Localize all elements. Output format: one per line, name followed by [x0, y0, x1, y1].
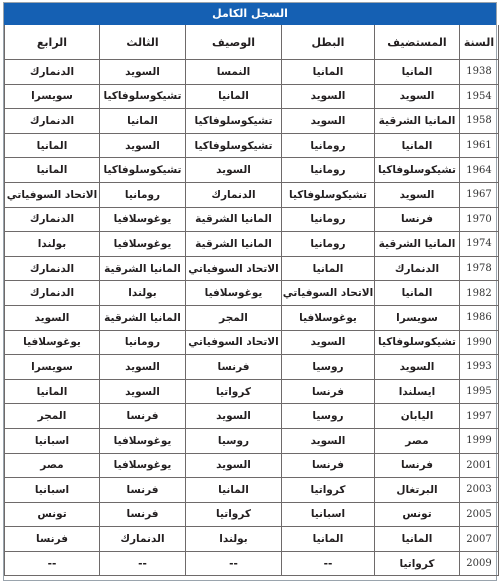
table-row: 1961المانيارومانياتشيكوسلوفاكياالسويدالم… — [5, 133, 499, 158]
runner-up-cell: المانيا الشرقية — [186, 207, 282, 232]
year-cell: 1954 — [460, 84, 499, 109]
host-cell: مصر — [375, 428, 460, 453]
host-cell: تونس — [375, 502, 460, 527]
third-cell: رومانيا — [100, 182, 186, 207]
table-body: 1938المانياالمانياالنمساالسويدالدنمارك19… — [5, 60, 499, 576]
fourth-cell: فرنسا — [5, 527, 100, 552]
fourth-cell: الدنمارك — [5, 109, 100, 134]
runner-up-cell: -- — [186, 551, 282, 576]
champion-cell: -- — [282, 551, 375, 576]
champion-cell: يوغوسلافيا — [282, 305, 375, 330]
host-cell: البرتغال — [375, 478, 460, 503]
year-cell: 1986 — [460, 305, 499, 330]
column-header-year: السنة — [460, 25, 499, 60]
year-cell: 2007 — [460, 527, 499, 552]
runner-up-cell: النمسا — [186, 60, 282, 85]
runner-up-cell: المانيا — [186, 84, 282, 109]
fourth-cell: المانيا — [5, 133, 100, 158]
fourth-cell: المانيا — [5, 158, 100, 183]
year-cell: 1967 — [460, 182, 499, 207]
year-cell: 1995 — [460, 379, 499, 404]
runner-up-cell: السويد — [186, 158, 282, 183]
champion-cell: رومانيا — [282, 207, 375, 232]
table-row: 1964تشيكوسلوفاكيارومانياالسويدتشيكوسلوفا… — [5, 158, 499, 183]
table-row: 1938المانياالمانياالنمساالسويدالدنمارك — [5, 60, 499, 85]
year-cell: 1999 — [460, 428, 499, 453]
fourth-cell: اسبانيا — [5, 428, 100, 453]
champion-cell: رومانيا — [282, 232, 375, 257]
year-cell: 1964 — [460, 158, 499, 183]
third-cell: يوغوسلافيا — [100, 428, 186, 453]
third-cell: المانيا الشرقية — [100, 305, 186, 330]
runner-up-cell: الدنمارك — [186, 182, 282, 207]
third-cell: يوغوسلافيا — [100, 232, 186, 257]
third-cell: فرنسا — [100, 502, 186, 527]
runner-up-cell: المانيا الشرقية — [186, 232, 282, 257]
records-table: السنة المستضيف البطل الوصيف الثالث الراب… — [4, 25, 499, 576]
runner-up-cell: كرواتيا — [186, 502, 282, 527]
champion-cell: المانيا — [282, 256, 375, 281]
records-table-panel: السجل الكامل السنة المستضيف البطل الوصيف… — [3, 2, 497, 581]
column-header-third: الثالث — [100, 25, 186, 60]
champion-cell: السويد — [282, 428, 375, 453]
third-cell: رومانيا — [100, 330, 186, 355]
third-cell: تشيكوسلوفاكيا — [100, 84, 186, 109]
third-cell: يوغوسلافيا — [100, 453, 186, 478]
fourth-cell: -- — [5, 551, 100, 576]
champion-cell: المانيا — [282, 527, 375, 552]
column-header-champion: البطل — [282, 25, 375, 60]
host-cell: السويد — [375, 355, 460, 380]
host-cell: المانيا — [375, 281, 460, 306]
year-cell: 2001 — [460, 453, 499, 478]
fourth-cell: الدنمارك — [5, 256, 100, 281]
table-row: 1999مصرالسويدروسيايوغوسلافيااسبانيا — [5, 428, 499, 453]
runner-up-cell: تشيكوسلوفاكيا — [186, 133, 282, 158]
runner-up-cell: السويد — [186, 453, 282, 478]
table-row: 1982المانياالاتحاد السوفياتييوغوسلافيابو… — [5, 281, 499, 306]
table-row: 1978الدنماركالمانياالاتحاد السوفياتيالما… — [5, 256, 499, 281]
champion-cell: السويد — [282, 109, 375, 134]
year-cell: 2009 — [460, 551, 499, 576]
fourth-cell: المجر — [5, 404, 100, 429]
table-row: 2009كرواتيا-------- — [5, 551, 499, 576]
fourth-cell: يوغوسلافيا — [5, 330, 100, 355]
champion-cell: اسبانيا — [282, 502, 375, 527]
fourth-cell: تونس — [5, 502, 100, 527]
champion-cell: رومانيا — [282, 133, 375, 158]
champion-cell: السويد — [282, 84, 375, 109]
fourth-cell: سويسرا — [5, 355, 100, 380]
runner-up-cell: المانيا — [186, 478, 282, 503]
host-cell: السويد — [375, 182, 460, 207]
champion-cell: روسيا — [282, 355, 375, 380]
host-cell: تشيكوسلوفاكيا — [375, 330, 460, 355]
champion-cell: رومانيا — [282, 158, 375, 183]
host-cell: المانيا — [375, 527, 460, 552]
runner-up-cell: روسيا — [186, 428, 282, 453]
table-row: 1986سويسرايوغوسلافياالمجرالمانيا الشرقية… — [5, 305, 499, 330]
year-cell: 1958 — [460, 109, 499, 134]
third-cell: تشيكوسلوفاكيا — [100, 158, 186, 183]
runner-up-cell: السويد — [186, 404, 282, 429]
host-cell: كرواتيا — [375, 551, 460, 576]
third-cell: -- — [100, 551, 186, 576]
champion-cell: كرواتيا — [282, 478, 375, 503]
year-cell: 1938 — [460, 60, 499, 85]
table-row: 1993السويدروسيافرنساالسويدسويسرا — [5, 355, 499, 380]
third-cell: السويد — [100, 355, 186, 380]
column-header-runner-up: الوصيف — [186, 25, 282, 60]
fourth-cell: السويد — [5, 305, 100, 330]
table-row: 2003البرتغالكرواتياالمانيافرنسااسبانيا — [5, 478, 499, 503]
table-row: 1974المانيا الشرقيةرومانياالمانيا الشرقي… — [5, 232, 499, 257]
runner-up-cell: كرواتيا — [186, 379, 282, 404]
fourth-cell: الدنمارك — [5, 281, 100, 306]
table-row: 1990تشيكوسلوفاكياالسويدالاتحاد السوفياتي… — [5, 330, 499, 355]
header-row: السنة المستضيف البطل الوصيف الثالث الراب… — [5, 25, 499, 60]
table-row: 2005تونساسبانياكرواتيافرنساتونس — [5, 502, 499, 527]
table-title: السجل الكامل — [4, 3, 496, 25]
host-cell: تشيكوسلوفاكيا — [375, 158, 460, 183]
table-row: 1997اليابانروسياالسويدفرنساالمجر — [5, 404, 499, 429]
year-cell: 1961 — [460, 133, 499, 158]
third-cell: المانيا الشرقية — [100, 256, 186, 281]
runner-up-cell: الاتحاد السوفياتي — [186, 330, 282, 355]
table-row: 1958المانيا الشرقيةالسويدتشيكوسلوفاكياال… — [5, 109, 499, 134]
third-cell: بولندا — [100, 281, 186, 306]
year-cell: 1990 — [460, 330, 499, 355]
host-cell: الدنمارك — [375, 256, 460, 281]
runner-up-cell: بولندا — [186, 527, 282, 552]
year-cell: 1978 — [460, 256, 499, 281]
host-cell: سويسرا — [375, 305, 460, 330]
fourth-cell: بولندا — [5, 232, 100, 257]
table-row: 2001فرنسافرنساالسويديوغوسلافيامصر — [5, 453, 499, 478]
third-cell: فرنسا — [100, 404, 186, 429]
table-row: 1967السويدتشيكوسلوفاكياالدنماركرومانياال… — [5, 182, 499, 207]
year-cell: 2005 — [460, 502, 499, 527]
champion-cell: فرنسا — [282, 379, 375, 404]
table-row: 2007المانياالمانيابولنداالدنماركفرنسا — [5, 527, 499, 552]
runner-up-cell: تشيكوسلوفاكيا — [186, 109, 282, 134]
year-cell: 1993 — [460, 355, 499, 380]
table-row: 1995ايسلندافرنساكرواتياالسويدالمانيا — [5, 379, 499, 404]
column-header-fourth: الرابع — [5, 25, 100, 60]
year-cell: 1997 — [460, 404, 499, 429]
champion-cell: السويد — [282, 330, 375, 355]
year-cell: 2003 — [460, 478, 499, 503]
champion-cell: المانيا — [282, 60, 375, 85]
third-cell: السويد — [100, 133, 186, 158]
column-header-host: المستضيف — [375, 25, 460, 60]
third-cell: المانيا — [100, 109, 186, 134]
fourth-cell: مصر — [5, 453, 100, 478]
host-cell: المانيا — [375, 133, 460, 158]
fourth-cell: الاتحاد السوفياتي — [5, 182, 100, 207]
fourth-cell: الدنمارك — [5, 207, 100, 232]
table-row: 1954السويدالسويدالمانياتشيكوسلوفاكياسويس… — [5, 84, 499, 109]
host-cell: المانيا الشرقية — [375, 232, 460, 257]
host-cell: اليابان — [375, 404, 460, 429]
champion-cell: فرنسا — [282, 453, 375, 478]
host-cell: السويد — [375, 84, 460, 109]
fourth-cell: الدنمارك — [5, 60, 100, 85]
third-cell: السويد — [100, 60, 186, 85]
third-cell: يوغوسلافيا — [100, 207, 186, 232]
champion-cell: روسيا — [282, 404, 375, 429]
year-cell: 1974 — [460, 232, 499, 257]
third-cell: فرنسا — [100, 478, 186, 503]
third-cell: الدنمارك — [100, 527, 186, 552]
fourth-cell: المانيا — [5, 379, 100, 404]
host-cell: فرنسا — [375, 207, 460, 232]
runner-up-cell: فرنسا — [186, 355, 282, 380]
host-cell: المانيا الشرقية — [375, 109, 460, 134]
runner-up-cell: الاتحاد السوفياتي — [186, 256, 282, 281]
year-cell: 1970 — [460, 207, 499, 232]
fourth-cell: سويسرا — [5, 84, 100, 109]
runner-up-cell: يوغوسلافيا — [186, 281, 282, 306]
third-cell: السويد — [100, 379, 186, 404]
table-row: 1970فرنسارومانياالمانيا الشرقيةيوغوسلافي… — [5, 207, 499, 232]
fourth-cell: اسبانيا — [5, 478, 100, 503]
host-cell: ايسلندا — [375, 379, 460, 404]
host-cell: فرنسا — [375, 453, 460, 478]
champion-cell: الاتحاد السوفياتي — [282, 281, 375, 306]
year-cell: 1982 — [460, 281, 499, 306]
host-cell: المانيا — [375, 60, 460, 85]
champion-cell: تشيكوسلوفاكيا — [282, 182, 375, 207]
runner-up-cell: المجر — [186, 305, 282, 330]
